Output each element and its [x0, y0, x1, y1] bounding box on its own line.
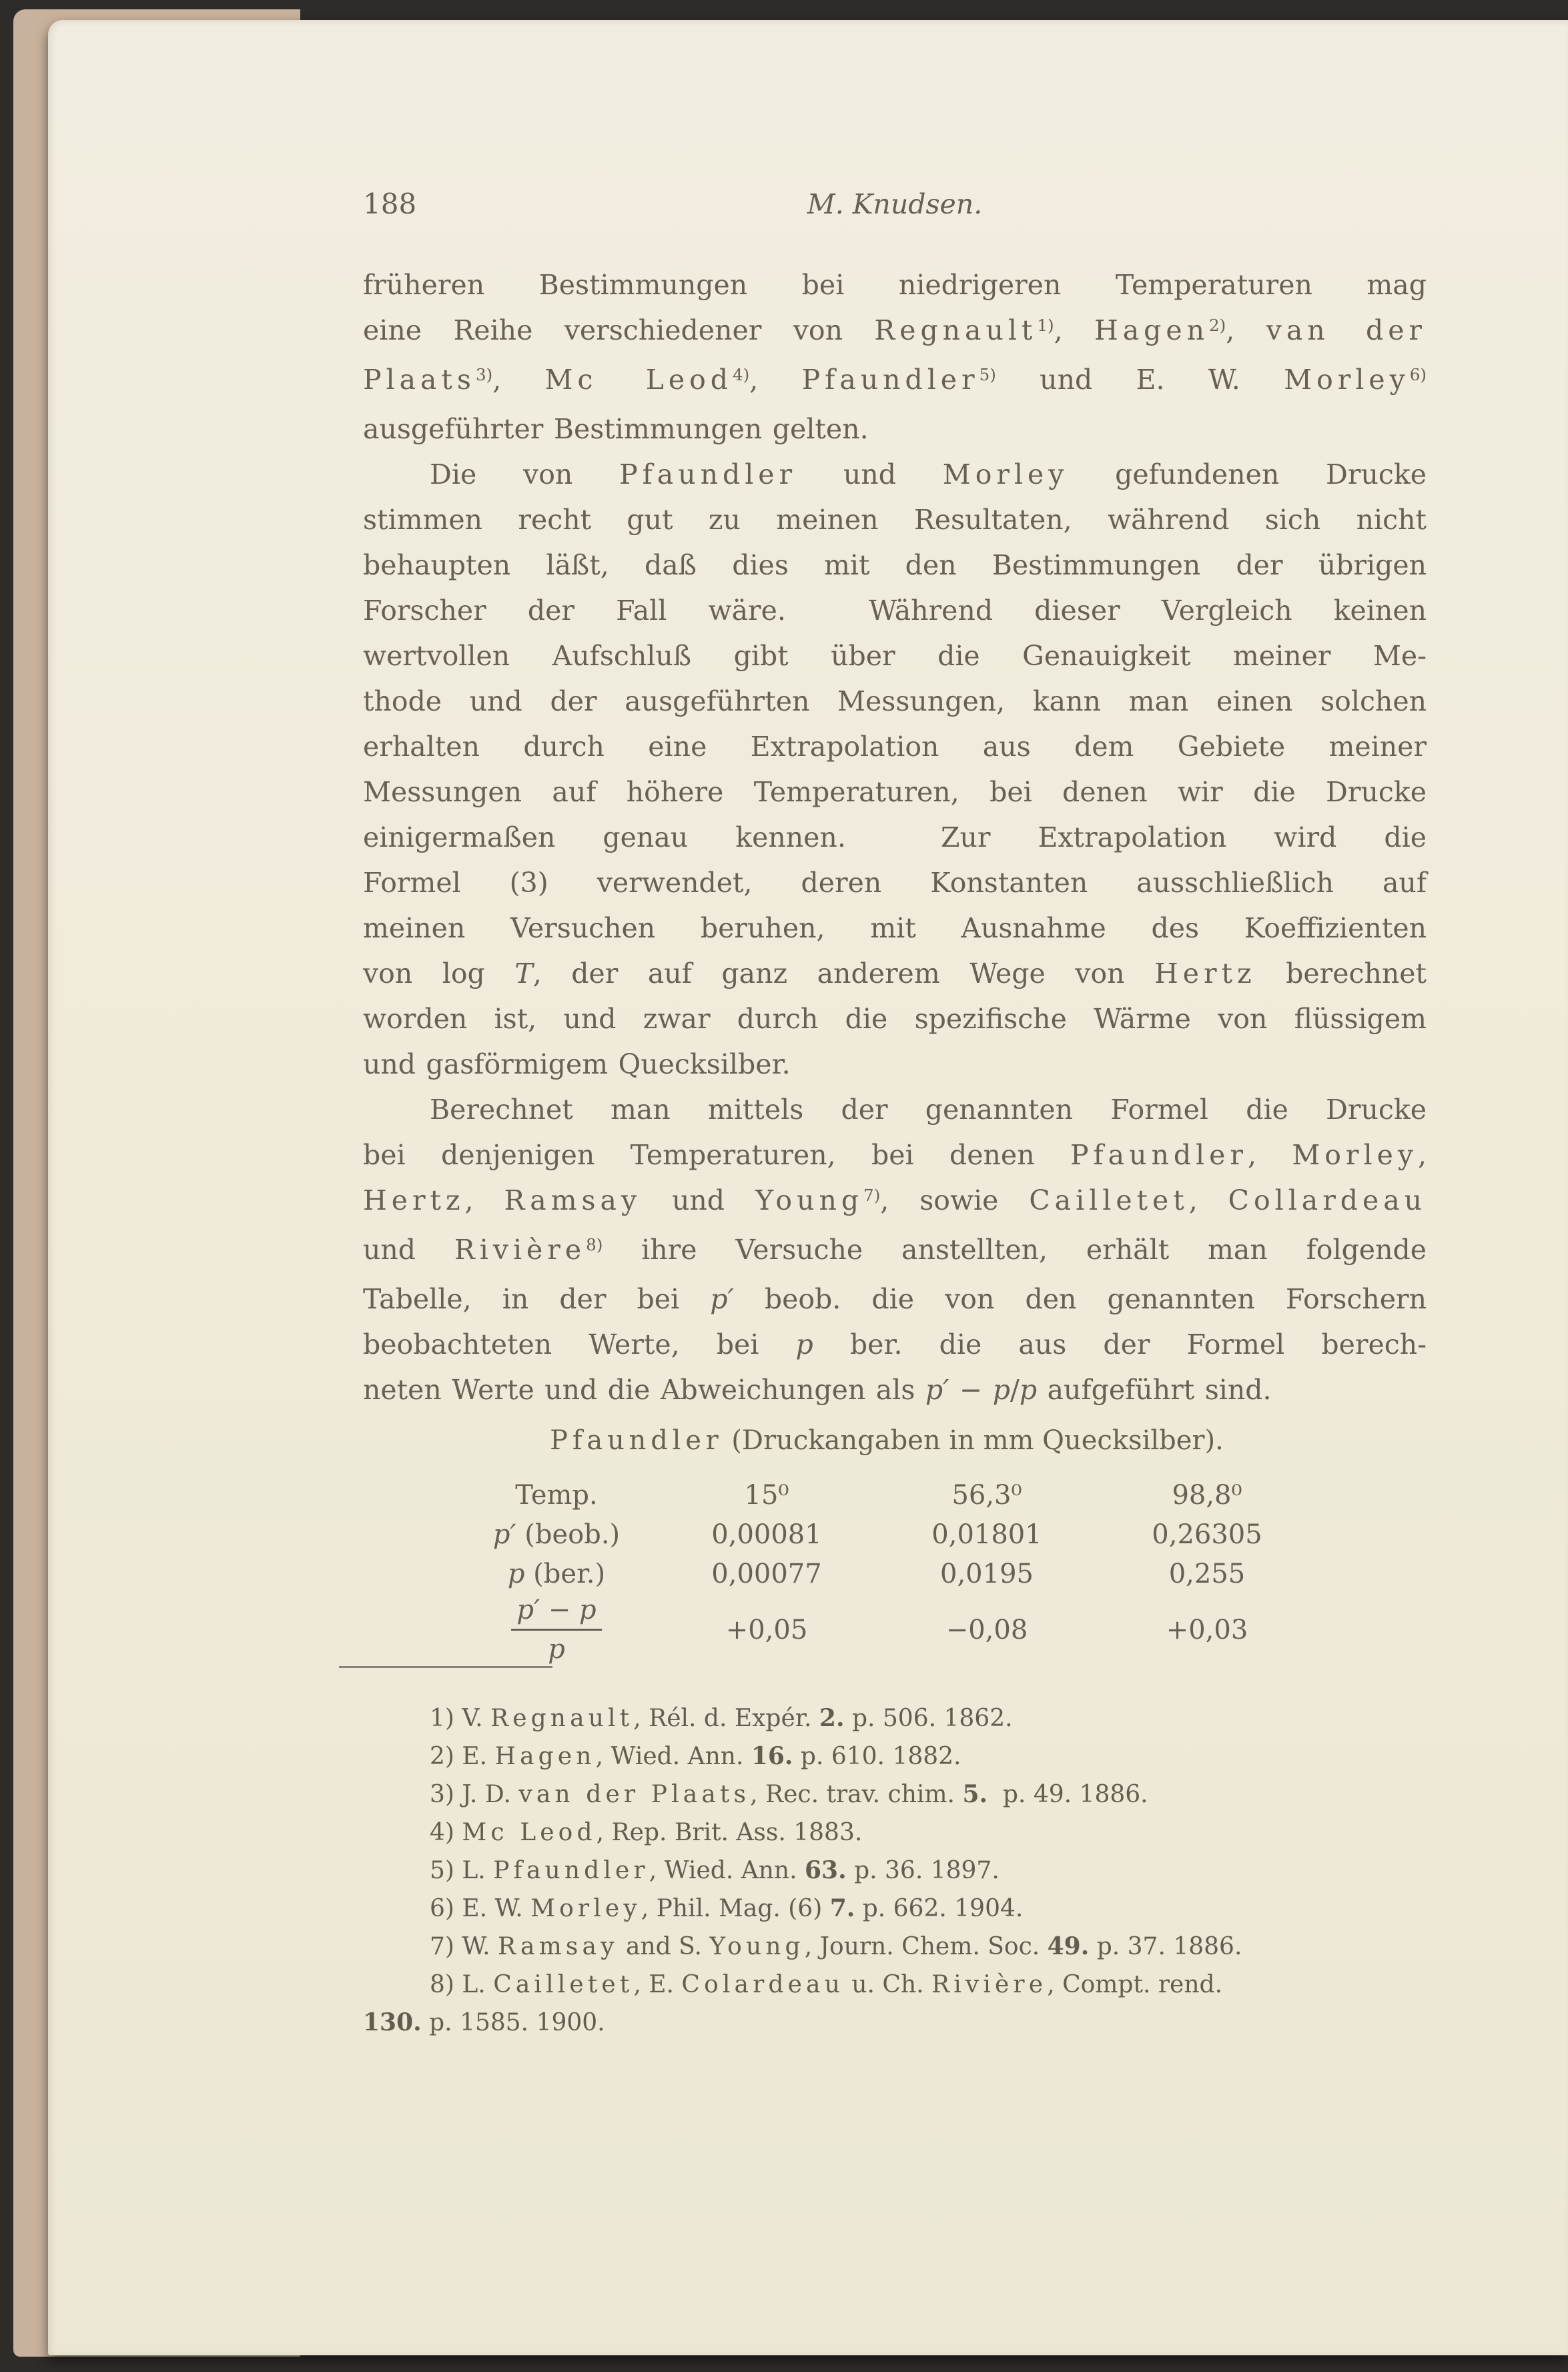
text-line: Die von Pfaundler und Morley gefundenen …	[363, 452, 1427, 497]
text-segment: worden ist, und zwar durch die spezifisc…	[363, 1003, 1427, 1035]
text-segment: , Journ. Chem. Soc.	[805, 1933, 1048, 1960]
table-value: 0,01801	[877, 1518, 1097, 1551]
fraction-label: p′ − pp	[456, 1595, 657, 1665]
text-segment: ber. die aus der Formel berech-	[813, 1328, 1427, 1360]
name-text: Hagen	[495, 1743, 596, 1770]
text-segment: p	[548, 1634, 565, 1665]
name-text: Pfaundler	[1070, 1139, 1248, 1171]
name-text: Morley	[530, 1895, 641, 1922]
text-segment: berechnet	[1256, 957, 1427, 990]
text-segment: ausgeführter Bestimmungen gelten.	[363, 413, 869, 445]
text-segment: , Phil. Mag. (6)	[641, 1895, 830, 1922]
text-segment: T	[514, 957, 532, 990]
footnote-line: 130. p. 1585. 1900.	[363, 2004, 1427, 2042]
text-line: worden ist, und zwar durch die spezifisc…	[363, 996, 1427, 1042]
fraction: p′ − pp	[511, 1595, 601, 1665]
text-segment: 8) L.	[430, 1971, 493, 1998]
footnote-marker: 6)	[1410, 365, 1427, 384]
text-segment: 3) J. D.	[430, 1781, 518, 1808]
text-segment: (Druckangaben in mm Quecksilber).	[723, 1425, 1224, 1456]
name-text: Cailletet	[1029, 1184, 1188, 1216]
table-value: 0,00077	[657, 1557, 877, 1591]
row-label: p (ber.)	[456, 1557, 657, 1591]
text-line: behaupten läßt, daß dies mit den Bestimm…	[363, 542, 1427, 588]
text-segment: p′	[493, 1519, 516, 1550]
text-segment: , der auf ganz anderem Wege von	[533, 957, 1154, 990]
running-head: 188 M. Knudsen.	[363, 187, 1427, 225]
table-rows: Temp.15⁰56,3⁰98,8⁰p′ (beob.)0,000810,018…	[456, 1479, 1317, 1665]
text-segment: Temp.	[515, 1480, 598, 1511]
text-segment: Die von	[430, 458, 619, 490]
text-segment: 63.	[805, 1856, 847, 1884]
text-segment: −	[540, 1595, 579, 1625]
text-line: und gasförmigem Quecksilber.	[363, 1042, 1427, 1087]
text-line: Hertz, Ramsay und Young7), sowie Caillet…	[363, 1178, 1427, 1227]
name-text: Regnault	[874, 314, 1037, 346]
footnote-line: 3) J. D. van der Plaats, Rec. trav. chim…	[363, 1775, 1427, 1814]
text-segment: aufgeführt sind.	[1037, 1374, 1271, 1406]
text-segment: eine Reihe verschiedener von	[363, 314, 874, 346]
text-line: erhalten durch eine Extrapolation aus de…	[363, 724, 1427, 769]
text-segment: ihre Versuche anstellten, erhält man fol…	[603, 1234, 1427, 1266]
footnote-marker: 2)	[1209, 316, 1226, 335]
text-segment: p	[1020, 1374, 1037, 1406]
footnote-line: 4) Mc Leod, Rep. Brit. Ass. 1883.	[363, 1814, 1427, 1852]
table-value: 0,26305	[1097, 1518, 1317, 1551]
table-value: 0,255	[1097, 1557, 1317, 1591]
text-line: und Rivière8) ihre Versuche anstellten, …	[363, 1227, 1427, 1276]
name-text: Young	[709, 1933, 804, 1960]
text-segment: /	[1010, 1374, 1020, 1406]
text-segment: Tabelle, in der bei	[363, 1283, 710, 1315]
text-segment: ,	[1226, 314, 1266, 346]
text-segment: und E. W.	[996, 364, 1284, 396]
text-segment: und	[797, 458, 943, 490]
text-segment: p	[993, 1374, 1010, 1406]
text-segment: , Wied. Ann.	[596, 1743, 751, 1770]
text-line: früheren Bestimmungen bei niedrigeren Te…	[363, 262, 1427, 308]
text-segment: Berechnet man mittels der genannten Form…	[430, 1094, 1427, 1126]
name-text: Pfaundler	[493, 1857, 649, 1884]
text-segment: neten Werte und die Abweichungen als	[363, 1374, 925, 1406]
text-segment: , Wied. Ann.	[649, 1857, 805, 1884]
table-value: 98,8⁰	[1097, 1479, 1317, 1512]
name-text: Hertz	[363, 1184, 465, 1216]
text-segment: p. 662. 1904.	[855, 1895, 1023, 1922]
text-segment: , E.	[633, 1971, 681, 1998]
text-segment: beob. die von den genannten Forschern	[734, 1283, 1427, 1315]
body-text: früheren Bestimmungen bei niedrigeren Te…	[363, 262, 1427, 1413]
name-text: Rivière	[454, 1234, 586, 1266]
table-value: +0,05	[657, 1613, 877, 1647]
footnote-marker: 7)	[863, 1186, 880, 1205]
text-segment: p. 610. 1882.	[793, 1743, 961, 1770]
pressure-table: Pfaundler (Druckangaben in mm Quecksilbe…	[456, 1424, 1317, 1665]
text-line: neten Werte und die Abweichungen als p′ …	[363, 1367, 1427, 1413]
text-segment: , Compt. rend.	[1047, 1971, 1222, 1998]
name-text: Cailletet	[493, 1971, 633, 1998]
text-segment: Forscher der Fall wäre. Während dieser V…	[363, 595, 1427, 627]
text-line: Formel (3) verwendet, deren Konstanten a…	[363, 860, 1427, 905]
text-segment: p. 1585. 1900.	[422, 2009, 605, 2036]
text-line: eine Reihe verschiedener von Regnault1),…	[363, 308, 1427, 357]
text-segment: p. 506. 1862.	[845, 1705, 1013, 1732]
name-text: Pfaundler	[550, 1425, 723, 1456]
footnote-marker: 4)	[733, 365, 749, 384]
text-segment: , sowie	[880, 1184, 1029, 1216]
text-segment: ,	[465, 1184, 504, 1216]
footnote-marker: 5)	[979, 365, 996, 384]
footnote-marker: 8)	[586, 1235, 603, 1254]
footnote-marker: 3)	[476, 365, 492, 384]
text-segment: Formel (3) verwendet, deren Konstanten a…	[363, 867, 1427, 899]
name-text: Hagen	[1094, 314, 1209, 346]
name-text: Pfaundler	[802, 364, 979, 396]
text-segment: p	[579, 1595, 597, 1625]
table-value: +0,03	[1097, 1613, 1317, 1647]
text-line: Tabelle, in der bei p′ beob. die von den…	[363, 1276, 1427, 1322]
text-segment: wertvollen Aufschluß gibt über die Genau…	[363, 640, 1427, 672]
text-segment: von log	[363, 957, 514, 990]
name-text: Regnault	[490, 1705, 633, 1732]
text-segment: 2) E.	[430, 1743, 495, 1770]
name-text: Hertz	[1154, 957, 1256, 990]
fraction-denominator: p	[511, 1634, 601, 1665]
text-segment: 4)	[430, 1819, 462, 1846]
text-segment: p	[796, 1328, 813, 1360]
row-label: Temp.	[456, 1479, 657, 1512]
row-label: p′ (beob.)	[456, 1518, 657, 1551]
name-text: Morley	[1284, 364, 1410, 396]
text-segment: ,	[749, 364, 801, 396]
footnote-separator-rule	[339, 1666, 552, 1668]
text-segment: p′	[710, 1283, 734, 1315]
name-text: Pfaundler	[619, 458, 797, 490]
name-text: Mc Leod	[462, 1819, 596, 1846]
text-line: ausgeführter Bestimmungen gelten.	[363, 406, 1427, 452]
table-value: 0,0195	[877, 1557, 1097, 1591]
table-value: 0,00081	[657, 1518, 877, 1551]
footnote-marker: 1)	[1037, 316, 1054, 335]
footnote-line: 8) L. Cailletet, E. Colardeau u. Ch. Riv…	[363, 1966, 1427, 2004]
footnote-line: 5) L. Pfaundler, Wied. Ann. 63. p. 36. 1…	[363, 1852, 1427, 1890]
text-segment: bei denjenigen Temperaturen, bei denen	[363, 1139, 1070, 1171]
text-line: stimmen recht gut zu meinen Resultaten, …	[363, 497, 1427, 542]
text-line: Messungen auf höhere Temperaturen, bei d…	[363, 769, 1427, 815]
name-text: Morley	[1292, 1139, 1418, 1171]
text-segment: 7.	[830, 1894, 855, 1922]
text-segment: thode und der ausgeführten Messungen, ka…	[363, 685, 1427, 717]
text-line: wertvollen Aufschluß gibt über die Genau…	[363, 633, 1427, 679]
text-segment: stimmen recht gut zu meinen Resultaten, …	[363, 504, 1427, 536]
text-segment: ,	[1189, 1184, 1228, 1216]
footnote-line: 6) E. W. Morley, Phil. Mag. (6) 7. p. 66…	[363, 1890, 1427, 1928]
text-segment: Messungen auf höhere Temperaturen, bei d…	[363, 776, 1427, 808]
fraction-bar	[511, 1629, 601, 1631]
name-text: Young	[755, 1184, 863, 1216]
text-segment: behaupten läßt, daß dies mit den Bestimm…	[363, 549, 1427, 581]
text-segment: gefundenen Drucke	[1068, 458, 1427, 490]
text-segment: , Rep. Brit. Ass. 1883.	[597, 1819, 863, 1846]
table-title: Pfaundler (Druckangaben in mm Quecksilbe…	[456, 1424, 1317, 1457]
text-segment: p. 49. 1886.	[988, 1781, 1148, 1808]
text-line: Plaats3), Mc Leod4), Pfaundler5) und E. …	[363, 357, 1427, 406]
text-segment: p. 36. 1897.	[847, 1857, 1000, 1884]
name-text: Collardeau	[1228, 1184, 1427, 1216]
name-text: Plaats	[363, 364, 476, 396]
text-line: Forscher der Fall wäre. Während dieser V…	[363, 588, 1427, 633]
name-text: Morley	[943, 458, 1069, 490]
table-row: p (ber.)0,000770,01950,255	[456, 1557, 1317, 1591]
text-segment: −	[949, 1374, 992, 1406]
table-value: −0,08	[877, 1613, 1097, 1647]
text-segment: 5.	[962, 1780, 988, 1808]
text-segment: ,	[1248, 1139, 1292, 1171]
name-text: van der Plaats	[518, 1781, 750, 1808]
text-segment: 130.	[363, 2008, 422, 2036]
text-line: einigermaßen genau kennen. Zur Extrapola…	[363, 815, 1427, 860]
book-page: 188 M. Knudsen. früheren Bestimmungen be…	[48, 20, 1568, 2355]
footnotes: 1) V. Regnault, Rél. d. Expér. 2. p. 506…	[363, 1699, 1427, 2042]
text-segment: 16.	[751, 1742, 793, 1770]
name-text: Mc Leod	[545, 364, 733, 396]
footnote-line: 7) W. Ramsay and S. Young, Journ. Chem. …	[363, 1928, 1427, 1966]
table-value: 15⁰	[657, 1479, 877, 1512]
text-segment: , Rél. d. Expér.	[633, 1705, 819, 1732]
table-row: p′ (beob.)0,000810,018010,26305	[456, 1518, 1317, 1551]
text-segment: ,	[1418, 1139, 1427, 1171]
text-segment: ,	[492, 364, 544, 396]
text-segment: und	[641, 1184, 755, 1216]
text-segment: and S.	[619, 1933, 710, 1960]
text-segment: 7) W.	[430, 1933, 498, 1960]
text-line: von log T, der auf ganz anderem Wege von…	[363, 951, 1427, 996]
text-segment: 49.	[1048, 1932, 1090, 1960]
scanned-paper-page: { "colors": { "background": "#2e2c29", "…	[0, 0, 1568, 2372]
name-text: Colardeau	[681, 1971, 843, 1998]
footnote-line: 2) E. Hagen, Wied. Ann. 16. p. 610. 1882…	[363, 1737, 1427, 1775]
text-line: Berechnet man mittels der genannten Form…	[363, 1087, 1427, 1132]
text-line: meinen Versuchen beruhen, mit Ausnahme d…	[363, 905, 1427, 951]
text-segment: , Rec. trav. chim.	[750, 1781, 962, 1808]
text-line: beobachteten Werte, bei p ber. die aus d…	[363, 1322, 1427, 1367]
text-segment: (ber.)	[524, 1559, 605, 1589]
footnote-line: 1) V. Regnault, Rél. d. Expér. 2. p. 506…	[363, 1699, 1427, 1737]
text-segment: p′	[925, 1374, 949, 1406]
text-segment: p	[508, 1559, 525, 1589]
text-segment: 1) V.	[430, 1705, 490, 1732]
text-line: thode und der ausgeführten Messungen, ka…	[363, 679, 1427, 724]
name-text: Ramsay	[504, 1184, 641, 1216]
text-segment: meinen Versuchen beruhen, mit Ausnahme d…	[363, 912, 1427, 944]
name-text: Rivière	[931, 1971, 1047, 1998]
table-row: p′ − pp+0,05−0,08+0,03	[456, 1595, 1317, 1665]
text-segment: beobachteten Werte, bei	[363, 1328, 796, 1360]
text-segment: 5) L.	[430, 1857, 493, 1884]
text-segment: früheren Bestimmungen bei niedrigeren Te…	[363, 269, 1427, 301]
text-segment: p′	[516, 1595, 540, 1625]
table-row: Temp.15⁰56,3⁰98,8⁰	[456, 1479, 1317, 1512]
text-segment: 6) E. W.	[430, 1895, 530, 1922]
text-segment: und	[363, 1234, 454, 1266]
text-segment: p. 37. 1886.	[1089, 1933, 1242, 1960]
text-segment: u. Ch.	[844, 1971, 931, 1998]
text-segment: erhalten durch eine Extrapolation aus de…	[363, 731, 1427, 763]
running-title: M. Knudsen.	[363, 187, 1427, 221]
table-value: 56,3⁰	[877, 1479, 1097, 1512]
name-text: van der	[1266, 314, 1427, 346]
text-segment: (beob.)	[516, 1519, 621, 1550]
text-segment: 2.	[819, 1704, 845, 1732]
text-line: bei denjenigen Temperaturen, bei denen P…	[363, 1132, 1427, 1178]
name-text: Ramsay	[498, 1933, 619, 1960]
text-segment: und gasförmigem Quecksilber.	[363, 1048, 791, 1080]
text-segment: ,	[1054, 314, 1094, 346]
fraction-numerator: p′ − p	[511, 1595, 601, 1625]
text-segment: einigermaßen genau kennen. Zur Extrapola…	[363, 821, 1427, 853]
